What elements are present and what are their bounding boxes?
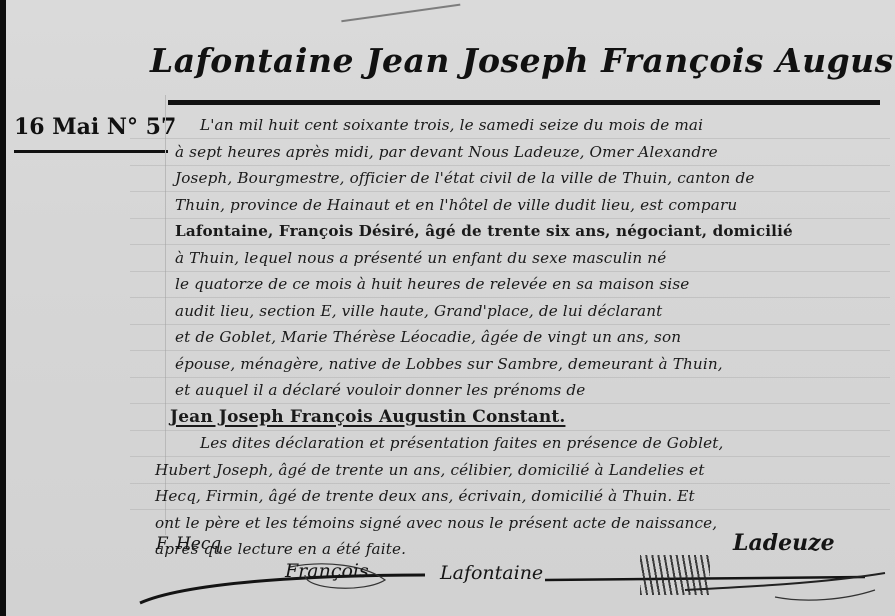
body-line-9: et de Goblet, Marie Thérèse Léocadie, âg… [130, 324, 890, 351]
body-line-11: et auquel il a déclaré vouloir donner le… [130, 377, 890, 404]
body-line-8: audit lieu, section E, ville haute, Gran… [130, 298, 890, 325]
record-body: L'an mil huit cent soixante trois, le sa… [130, 112, 890, 563]
signature-witness-goblet-scrawl [640, 555, 710, 595]
page-binding-edge [0, 0, 6, 616]
closing-line-1: Les dites déclaration et présentation fa… [130, 430, 890, 457]
closing-line-2: Hubert Joseph, âgé de trente un ans, cél… [130, 457, 890, 484]
signature-witness-hecq: F. Hecq [156, 534, 221, 554]
closing-line-3: Hecq, Firmin, âgé de trente deux ans, éc… [130, 483, 890, 510]
signature-officer-ladeuze: Ladeuze [733, 530, 835, 556]
body-line-7: le quatorze de ce mois à huit heures de … [130, 271, 890, 298]
signature-father-first: François [285, 560, 369, 582]
body-line-2: à sept heures après midi, par devant Nou… [130, 139, 890, 166]
body-line-10: épouse, ménagère, native de Lobbes sur S… [130, 351, 890, 378]
header-underline [168, 100, 880, 105]
body-line-4: Thuin, province de Hainaut et en l'hôtel… [130, 192, 890, 219]
given-names-line: Jean Joseph François Augustin Constant. [130, 404, 890, 431]
body-line-1: L'an mil huit cent soixante trois, le sa… [130, 112, 890, 139]
body-line-3: Joseph, Bourgmestre, officier de l'état … [130, 165, 890, 192]
register-page: Lafontaine Jean Joseph François Augustin… [0, 0, 895, 616]
body-line-5-father: Lafontaine, François Désiré, âgé de tren… [130, 218, 890, 245]
body-line-6: à Thuin, lequel nous a présenté un enfan… [130, 245, 890, 272]
record-header-name: Lafontaine Jean Joseph François Augustin… [150, 28, 895, 94]
signature-father-last: Lafontaine [440, 562, 543, 584]
pen-stroke-mark [340, 0, 461, 22]
